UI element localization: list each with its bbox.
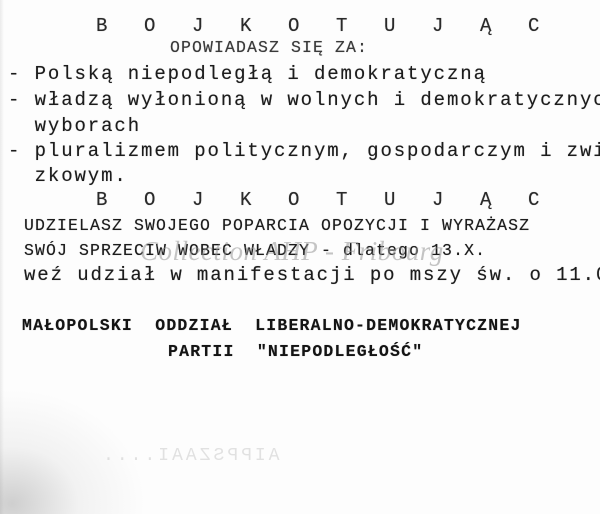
- subheading-you-support: OPOWIADASZ SIĘ ZA:: [170, 37, 368, 59]
- list-item: - władzą wyłonioną w wolnych i demokraty…: [8, 89, 600, 111]
- paragraph-line: UDZIELASZ SWOJEGO POPARCIA OPOZYCJI I WY…: [24, 215, 530, 237]
- list-item: - Polską niepodległą i demokratyczną: [8, 63, 487, 85]
- heading-boycott-elections-2: B O J K O T U J Ą C W Y B O R Y: [96, 189, 600, 211]
- bleed-through-text: AIPPSZAAI....: [100, 446, 279, 466]
- list-item-continuation: wyborach: [8, 115, 141, 137]
- signature-line: MAŁOPOLSKI ODDZIAŁ LIBERALNO-DEMOKRATYCZ…: [22, 315, 522, 337]
- collection-watermark: Collection AHP - Fribourg: [140, 236, 444, 267]
- list-item: - pluralizmem politycznym, gospodarczym …: [8, 140, 600, 162]
- scanned-leaflet: B O J K O T U J Ą C W Y B O R Y OPOWIADA…: [0, 0, 600, 514]
- signature-line: PARTII "NIEPODLEGŁOŚĆ": [168, 341, 423, 363]
- heading-boycott-elections-1: B O J K O T U J Ą C W Y B O R Y: [96, 15, 600, 37]
- list-item-continuation: zkowym.: [8, 165, 128, 187]
- paragraph-line: weź udział w manifestacji po mszy św. o …: [24, 264, 600, 286]
